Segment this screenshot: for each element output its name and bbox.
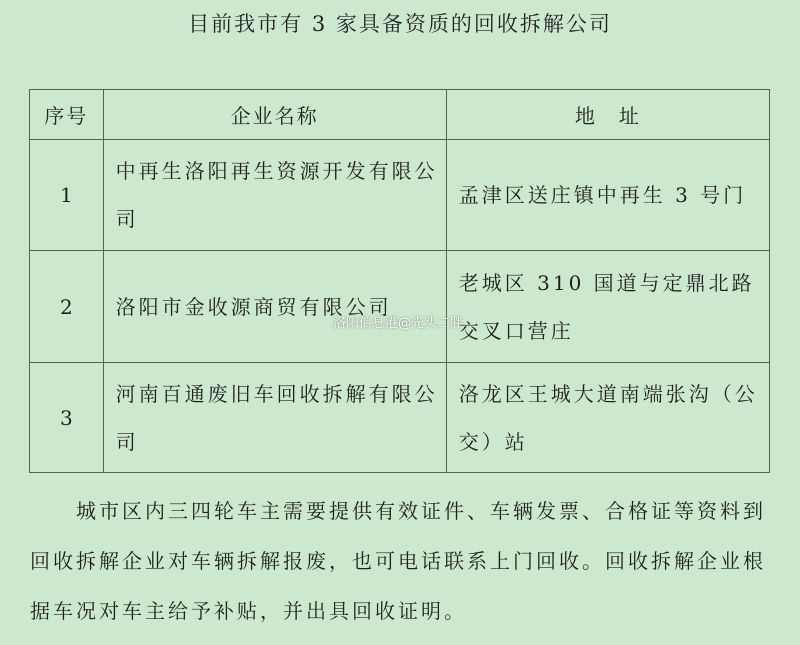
document-title: 目前我市有 3 家具备资质的回收拆解公司: [0, 8, 800, 38]
row-index: 2: [30, 251, 104, 363]
company-name: 河南百通废旧车回收拆解有限公司: [103, 363, 446, 473]
company-name: 洛阳市金收源商贸有限公司: [103, 251, 446, 363]
table-row: 3 河南百通废旧车回收拆解有限公司 洛龙区王城大道南端张沟（公交）站: [30, 363, 770, 473]
company-address: 老城区 310 国道与定鼎北路交叉口营庄: [446, 251, 769, 363]
row-index: 3: [30, 363, 104, 473]
table-row: 1 中再生洛阳再生资源开发有限公司 孟津区送庄镇中再生 3 号门: [30, 140, 770, 251]
watermark: 洛阳信息港@光头二胖: [333, 312, 463, 331]
company-address: 洛龙区王城大道南端张沟（公交）站: [446, 363, 769, 473]
header-company-name: 企业名称: [103, 90, 446, 140]
table-header-row: 序号 企业名称 地 址: [30, 90, 770, 140]
table-row: 2 洛阳市金收源商贸有限公司 老城区 310 国道与定鼎北路交叉口营庄: [30, 251, 770, 363]
body-paragraph: 城市区内三四轮车主需要提供有效证件、车辆发票、合格证等资料到回收拆解企业对车辆拆…: [30, 486, 772, 636]
company-name: 中再生洛阳再生资源开发有限公司: [103, 140, 446, 251]
recycling-companies-table: 序号 企业名称 地 址 1 中再生洛阳再生资源开发有限公司 孟津区送庄镇中再生 …: [29, 89, 770, 473]
header-address: 地 址: [446, 90, 769, 140]
row-index: 1: [30, 140, 104, 251]
header-index: 序号: [30, 90, 104, 140]
company-address: 孟津区送庄镇中再生 3 号门: [446, 140, 769, 251]
